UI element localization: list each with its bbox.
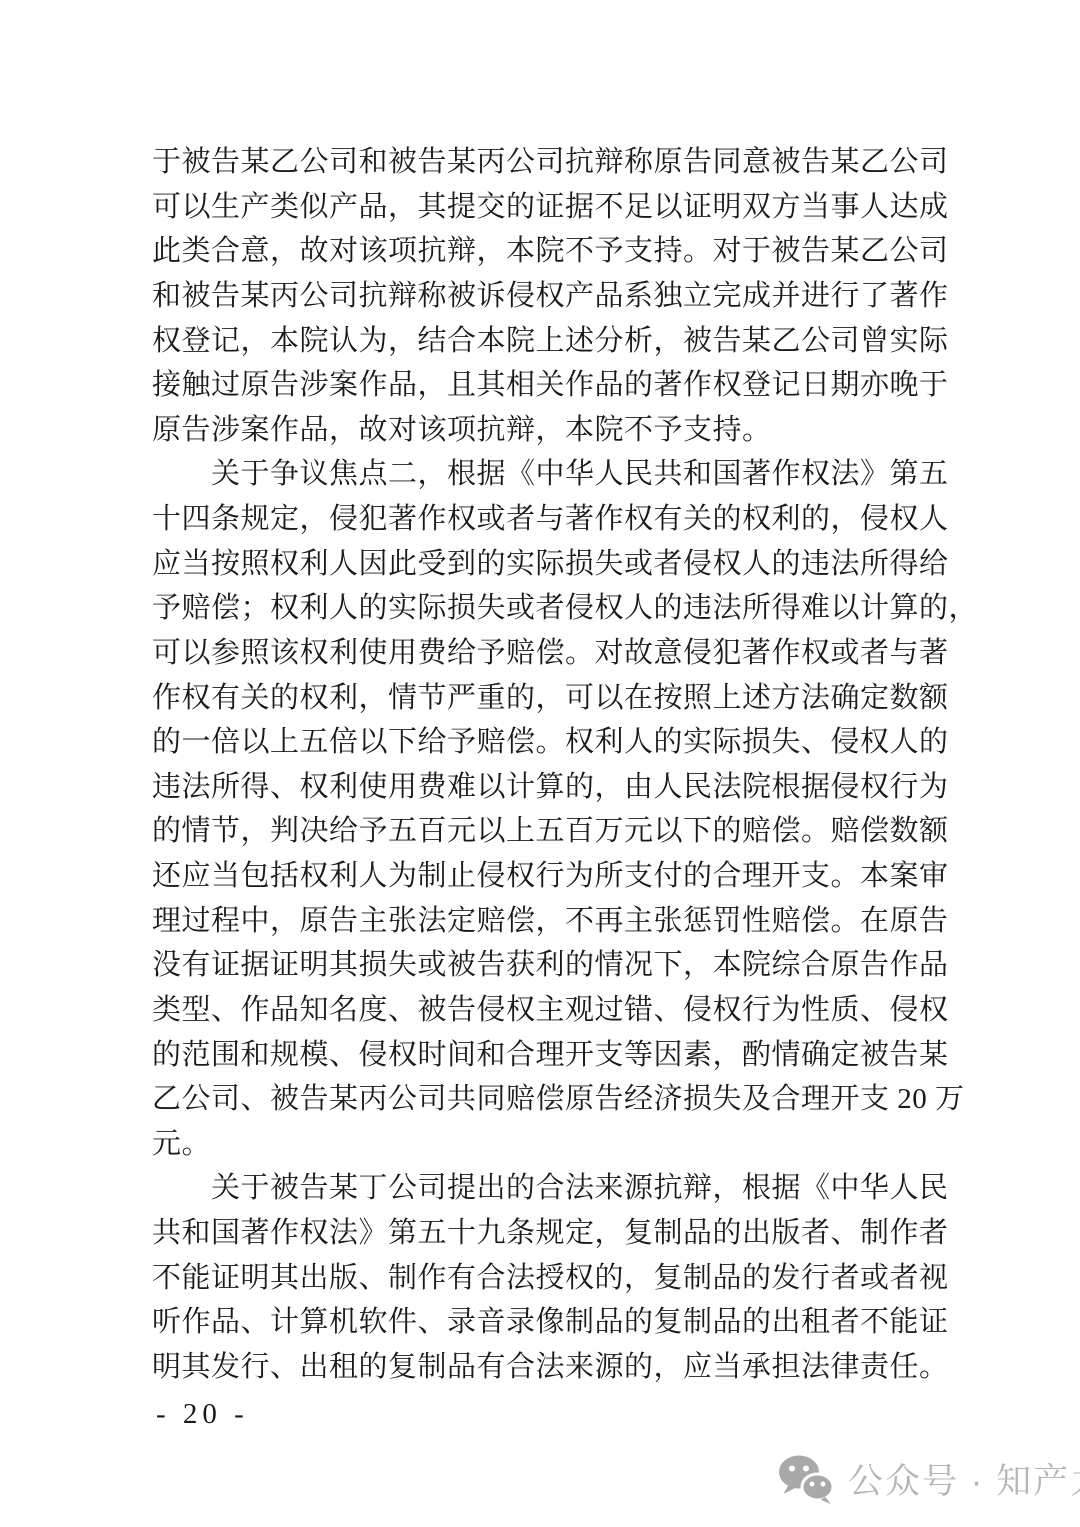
text-line: 和被告某丙公司抗辩称被诉侵权产品系独立完成并进行了著作 xyxy=(152,274,946,319)
text-line: 明其发行、出租的复制品有合法来源的，应当承担法律责任。 xyxy=(152,1345,946,1390)
text-line: 可以生产类似产品，其提交的证据不足以证明双方当事人达成 xyxy=(152,185,946,230)
text-line: 原告涉案作品，故对该项抗辩，本院不予支持。 xyxy=(152,408,946,453)
document-page: 于被告某乙公司和被告某丙公司抗辩称原告同意被告某乙公司可以生产类似产品，其提交的… xyxy=(0,0,1080,1527)
text-line: 还应当包括权利人为制止侵权行为所支付的合理开支。本案审 xyxy=(152,854,946,899)
text-line: 理过程中，原告主张法定赔偿，不再主张惩罚性赔偿。在原告 xyxy=(152,899,946,944)
text-line: 听作品、计算机软件、录音录像制品的复制品的出租者不能证 xyxy=(152,1300,946,1345)
text-line: 违法所得、权利使用费难以计算的，由人民法院根据侵权行为 xyxy=(152,765,946,810)
text-line: 元。 xyxy=(152,1122,946,1167)
text-line: 作权有关的权利，情节严重的，可以在按照上述方法确定数额 xyxy=(152,676,946,721)
text-line: 此类合意，故对该项抗辩，本院不予支持。对于被告某乙公司 xyxy=(152,229,946,274)
text-line: 关于被告某丁公司提出的合法来源抗辩，根据《中华人民 xyxy=(152,1166,946,1211)
wechat-icon xyxy=(778,1454,834,1504)
text-line: 共和国著作权法》第五十九条规定，复制品的出版者、制作者 xyxy=(152,1211,946,1256)
text-line: 十四条规定，侵犯著作权或者与著作权有关的权利的，侵权人 xyxy=(152,497,946,542)
text-line: 的情节，判决给予五百元以上五百万元以下的赔偿。赔偿数额 xyxy=(152,809,946,854)
text-line: 关于争议焦点二，根据《中华人民共和国著作权法》第五 xyxy=(152,452,946,497)
text-line: 接触过原告涉案作品，且其相关作品的著作权登记日期亦晚于 xyxy=(152,363,946,408)
text-line: 可以参照该权利使用费给予赔偿。对故意侵犯著作权或者与著 xyxy=(152,631,946,676)
text-line: 权登记，本院认为，结合本院上述分析，被告某乙公司曾实际 xyxy=(152,319,946,364)
text-line: 类型、作品知名度、被告侵权主观过错、侵权行为性质、侵权 xyxy=(152,988,946,1033)
page-number: - 20 - xyxy=(156,1398,249,1431)
watermark: 公众号 · 知产力 xyxy=(778,1454,1080,1504)
judgment-text-body: 于被告某乙公司和被告某丙公司抗辩称原告同意被告某乙公司可以生产类似产品，其提交的… xyxy=(152,140,946,1390)
text-line: 乙公司、被告某丙公司共同赔偿原告经济损失及合理开支 20 万 xyxy=(152,1077,946,1122)
text-line: 的范围和规模、侵权时间和合理开支等因素，酌情确定被告某 xyxy=(152,1033,946,1078)
watermark-text: 公众号 · 知产力 xyxy=(848,1454,1080,1504)
text-line: 不能证明其出版、制作有合法授权的，复制品的发行者或者视 xyxy=(152,1256,946,1301)
text-line: 予赔偿；权利人的实际损失或者侵权人的违法所得难以计算的， xyxy=(152,586,946,631)
text-line: 的一倍以上五倍以下给予赔偿。权利人的实际损失、侵权人的 xyxy=(152,720,946,765)
text-line: 于被告某乙公司和被告某丙公司抗辩称原告同意被告某乙公司 xyxy=(152,140,946,185)
text-line: 应当按照权利人因此受到的实际损失或者侵权人的违法所得给 xyxy=(152,542,946,587)
text-line: 没有证据证明其损失或被告获利的情况下，本院综合原告作品 xyxy=(152,943,946,988)
